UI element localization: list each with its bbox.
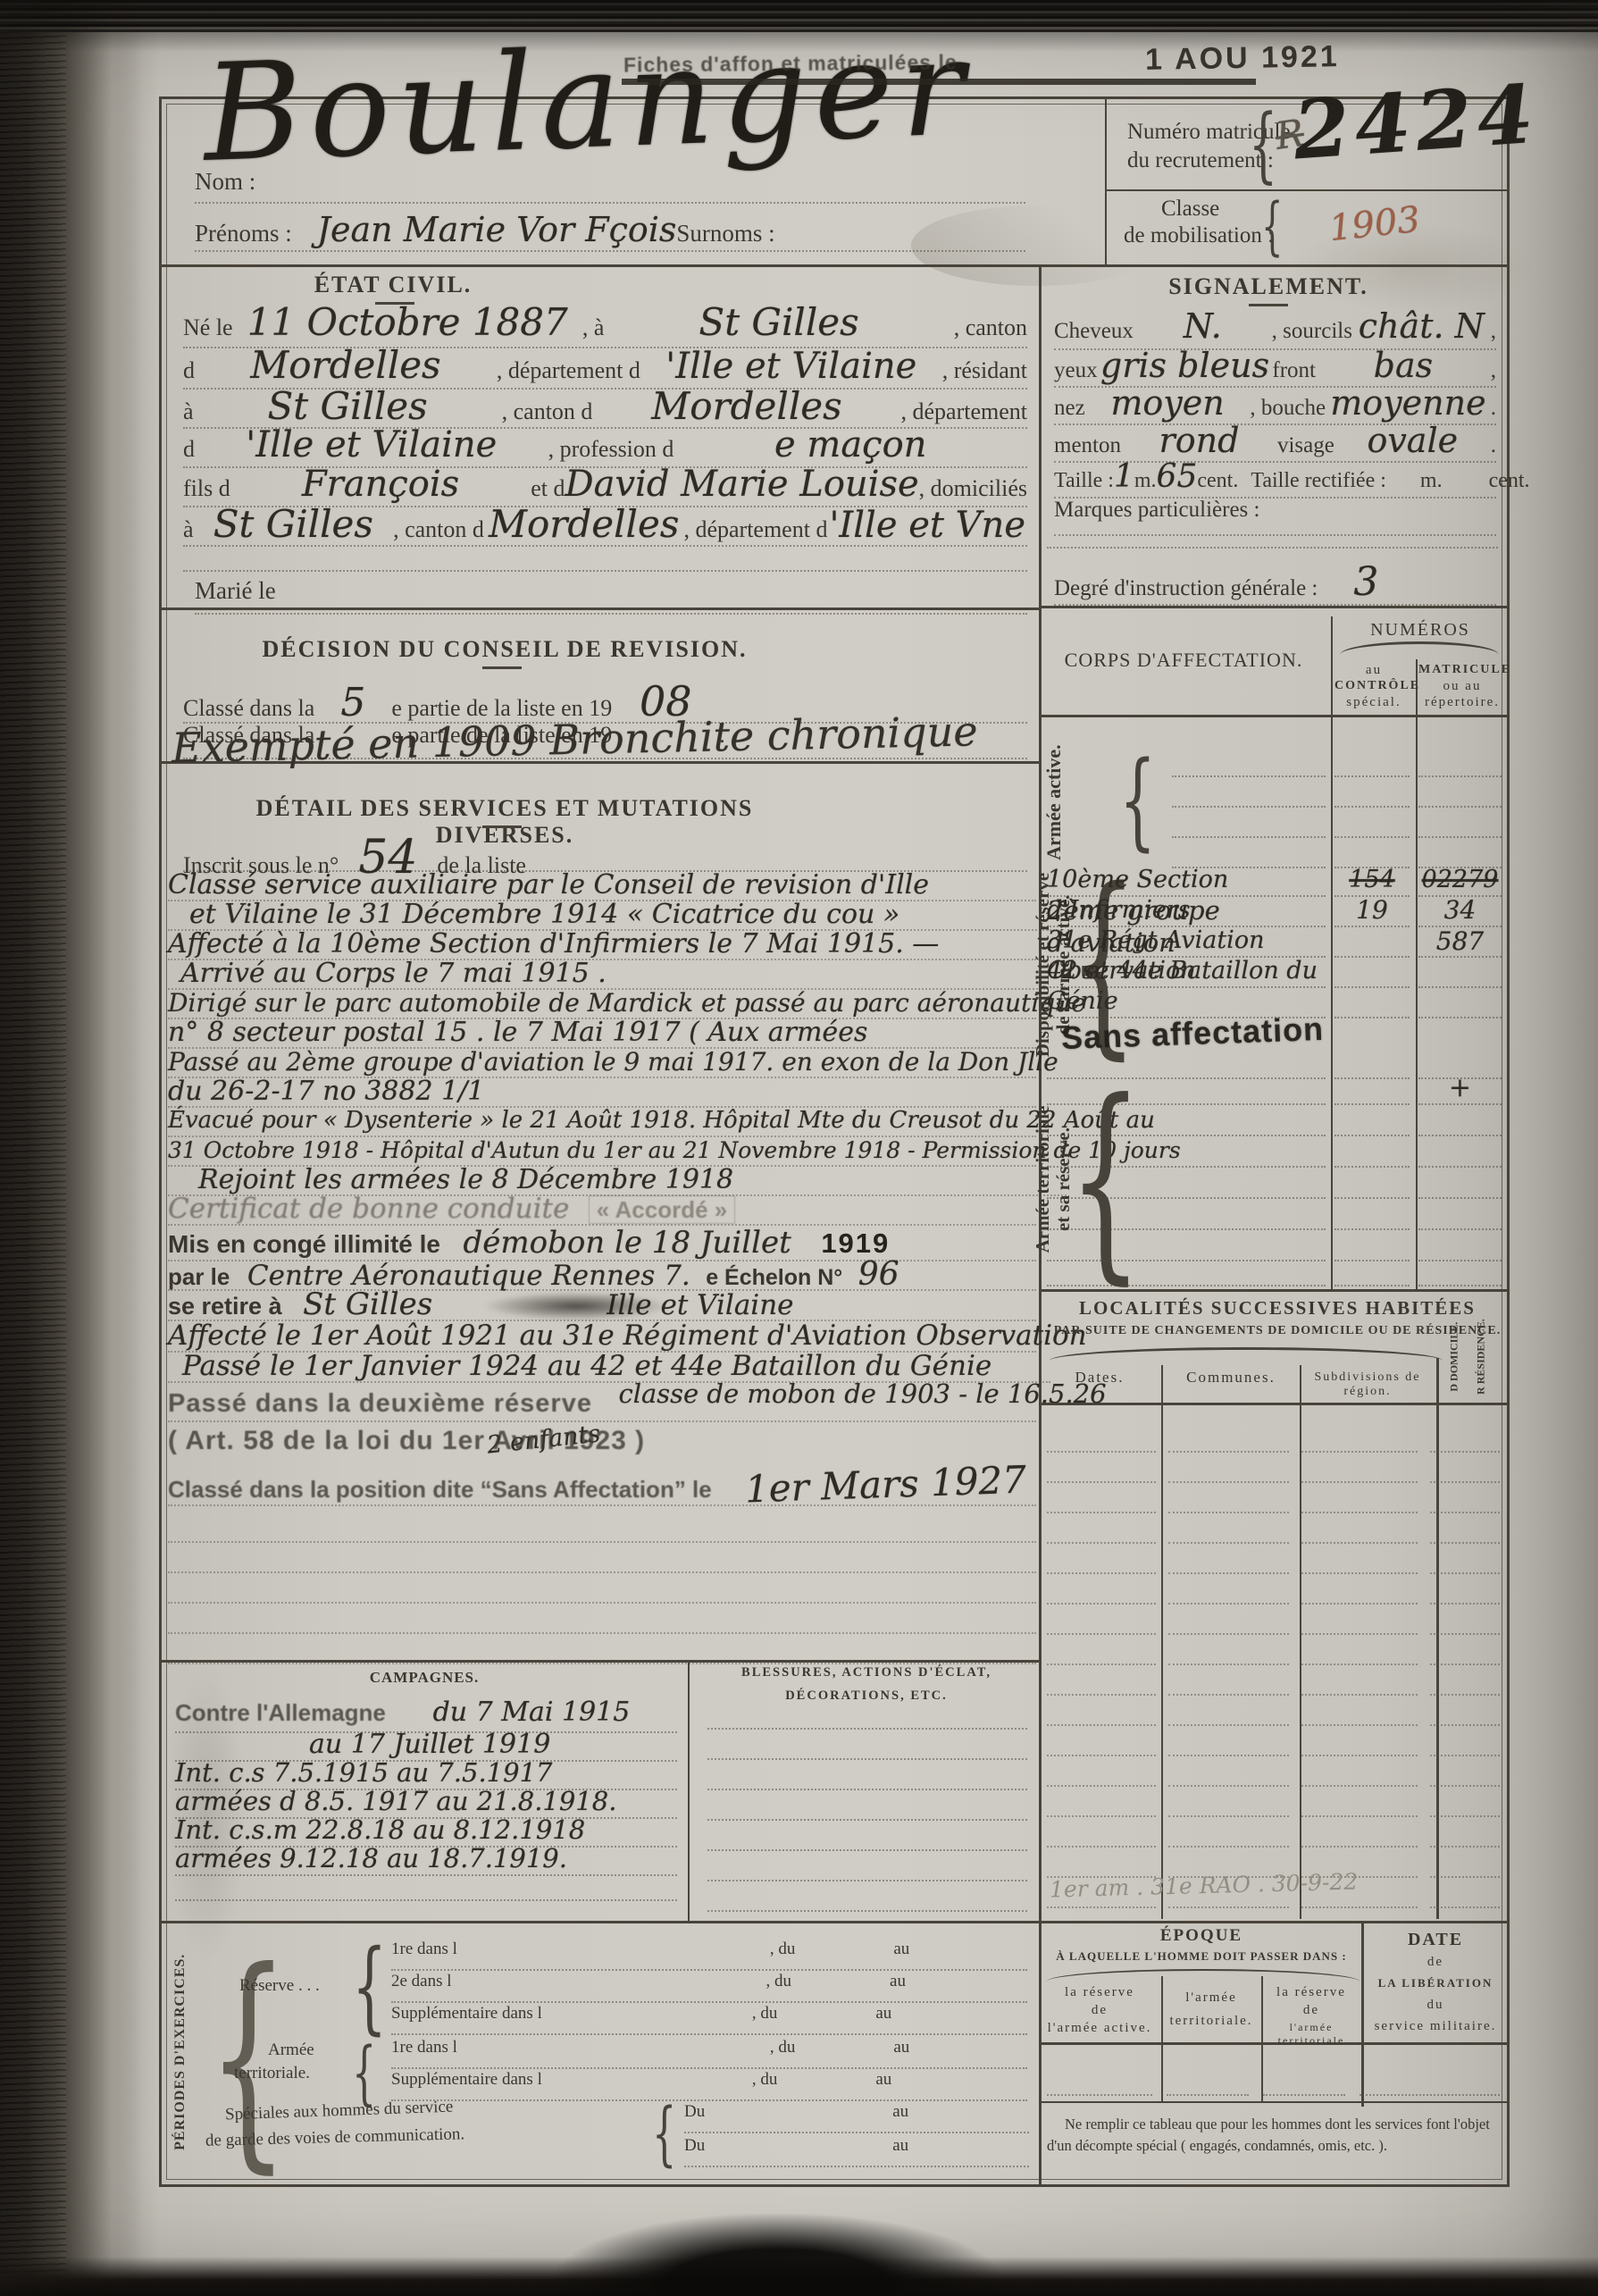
periode-row-reserve-2: 2e dans l, duau [391, 1973, 1027, 2003]
date-col-line4: du [1364, 1998, 1507, 2013]
service-line: Passé au 2ème groupe d'aviation le 9 mai… [168, 1047, 1036, 1078]
signalement-title: SIGNALEMENT. [1117, 273, 1420, 300]
epoque-col1-line3: l'armée active. [1042, 2021, 1158, 2036]
blessures-empty-row [707, 1706, 1027, 1730]
empty-service-line [168, 1572, 1036, 1604]
inscrit-row: Inscrit sous le n° 54 de la liste [183, 834, 1027, 872]
etat-civil-title: ÉTAT CIVIL. [250, 272, 536, 298]
yeux-front-row: yeuxgris bleusfrontbas, [1054, 348, 1496, 388]
header-bottom-rule [159, 264, 1510, 267]
service-line: Affecté le 1er Août 1921 au 31e Régiment… [168, 1321, 1036, 1353]
marie-row: Marié le [195, 579, 1027, 615]
date-col-line1: DATE [1364, 1930, 1507, 1950]
date-stamp: 1 AOU 1921 [1145, 39, 1340, 78]
localites-subtitle: PAR SUITE DE CHANGEMENTS DE DOMICILE OU … [1045, 1324, 1510, 1338]
etat-civil-line-3: àSt Gilles, canton dMordelles, départeme… [183, 388, 1027, 429]
menton-visage-row: mentonrondvisageovale. [1054, 423, 1496, 463]
signalement-blank-line [1047, 527, 1498, 549]
col-communes: Communes. [1166, 1369, 1296, 1387]
corps-empty-row [1042, 1170, 1507, 1199]
corps-empty-row: + [1042, 1077, 1507, 1105]
epoque-col2-line1: l'armée [1164, 1990, 1259, 2006]
col-subdivisions: Subdivisions de région. [1302, 1370, 1433, 1399]
corps-row: 31e Régt Aviation Observation [1042, 929, 1507, 958]
corps-empty-row [1042, 809, 1507, 838]
corps-row: 2ème groupe d'aviation 19 34 587 [1042, 899, 1507, 927]
corps-header-rule [1039, 715, 1510, 717]
date-col-line3: LA LIBÉRATION [1364, 1976, 1507, 1990]
epoque-row-rule [1039, 2101, 1510, 2103]
cheveux-sourcils-row: CheveuxN., sourcilschât. N, [1054, 309, 1496, 350]
service-line: et Vilaine le 31 Décembre 1914 « Cicatri… [168, 900, 1058, 931]
blessures-empty-row [707, 1858, 1027, 1881]
blessures-empty-row [707, 1797, 1027, 1821]
campagne-row: armées 9.12.18 au 18.7.1919. [175, 1846, 677, 1876]
speciales-brace: { [652, 2099, 676, 2169]
epoque-col1-line2: de [1042, 2003, 1158, 2018]
taille-row: Taille : 1 m. 65 cent. Taille rectifiée … [1054, 461, 1496, 499]
certificat-stamp: Certificat de bonne conduite [168, 1193, 569, 1225]
etat-civil-line-2: dMordelles, département d'Ille et Vilain… [183, 347, 1027, 390]
deuxieme-reserve-stamp: Passé dans la deuxième réserve [168, 1389, 592, 1418]
localites-title: LOCALITÉS SUCCESSIVES HABITÉES [1045, 1297, 1510, 1320]
signalement-title-mark [1249, 304, 1288, 306]
conge-year-stamp: 1919 [821, 1228, 890, 1259]
epoque-note-2: d'un décompte spécial ( engagés, condamn… [1047, 2137, 1476, 2155]
sans-affectation-row: Classé dans la position dite “Sans Affec… [168, 1465, 1036, 1506]
certificat-accorde-stamp: « Accordé » [589, 1195, 735, 1224]
conge-hand: démobon le 18 Juillet [463, 1225, 791, 1261]
campagne-empty-row [175, 1878, 677, 1901]
localites-row [1042, 1669, 1507, 1696]
periode-row-territoriale-sup: Supplémentaire dans l, duau [391, 2071, 1027, 2101]
blessures-empty-row [707, 1828, 1027, 1851]
service-line: Affecté à la 10ème Section d'Infirmiers … [168, 929, 1036, 960]
surnoms-label: Surnoms : [676, 222, 774, 246]
speciales-row-1: Duau [684, 2103, 1029, 2133]
reserve-brace: { [352, 1937, 387, 2037]
decision-title-mark [482, 666, 522, 669]
etat-civil-line-4: d'Ille et Vilaine, profession de maçon [183, 427, 1027, 468]
header-box-divider [1105, 96, 1107, 264]
matricule-header-1: MATRICULE [1418, 663, 1506, 677]
echelon-row: par le Centre Aéronautique Rennes 7. e É… [168, 1260, 1036, 1291]
controle-header-1: au [1334, 663, 1413, 678]
epoque-col3-line2: de [1264, 2003, 1359, 2018]
epoque-col2-line2: territoriale. [1164, 2014, 1259, 2029]
deuxieme-reserve-hand: classe de mobon de 1903 - le 16.5.26 [618, 1378, 1106, 1409]
speciales-row-2: Duau [684, 2137, 1029, 2167]
services-title-mark [482, 825, 522, 828]
service-line: Évacué pour « Dysenterie » le 21 Août 19… [168, 1106, 1036, 1137]
numeros-header: NUMÉROS [1337, 620, 1503, 641]
signalement-bottom-rule [1039, 606, 1510, 608]
stamp-underbar [622, 79, 1256, 85]
controle-number: 154 [1349, 866, 1395, 893]
art58-row: ( Art. 58 de la loi du 1er Avril 1923 ) [168, 1426, 1036, 1455]
localites-row [1042, 1638, 1507, 1665]
matricule-header-3: répertoire. [1418, 695, 1506, 710]
corps-empty-row [1042, 1108, 1507, 1136]
periode-row-territoriale-1: 1re dans l, duau [391, 2039, 1027, 2069]
col-residence: R RÉSIDENCE. [1475, 1303, 1486, 1411]
bottom-tables-rule [159, 1921, 1510, 1923]
epoque-empty-row [1042, 2069, 1507, 2096]
epoque-title: ÉPOQUE [1045, 1926, 1358, 1946]
epoque-col1-line1: la réserve [1042, 1985, 1158, 2000]
classe-brace: { [1261, 195, 1284, 257]
epoque-col3-line1: la réserve [1264, 1985, 1359, 2000]
corps-empty-row [1042, 1202, 1507, 1230]
localites-row [1042, 1487, 1507, 1513]
ink-smudge [482, 1292, 670, 1320]
service-line: Classé service auxiliaire par le Conseil… [168, 870, 1036, 901]
service-line: Arrivé au Corps le 7 mai 1915 . [168, 959, 1049, 990]
localites-row [1042, 1821, 1507, 1848]
prenoms-value: Jean Marie Vor Fçois [292, 213, 677, 247]
corps-empty-row [1042, 749, 1507, 777]
campagnes-blessures-divider [688, 1660, 690, 1921]
service-line: du 26-2-17 no 3882 1/1 [168, 1077, 1036, 1108]
blessures-title-2: DÉCORATIONS, ETC. [706, 1688, 1027, 1704]
etat-civil-line-1: Né le11 Octobre 1887, àSt Gilles, canton [183, 304, 1027, 348]
deuxieme-reserve-row: Passé dans la deuxième réserve classe de… [168, 1385, 1036, 1422]
matricule-number: 02279 [1422, 866, 1499, 893]
armee-brace: { [352, 2039, 376, 2108]
localites-row [1042, 1426, 1507, 1453]
controle-number: 19 [1356, 895, 1388, 925]
corps-empty-row [1042, 779, 1507, 808]
blessures-empty-row [707, 1889, 1027, 1912]
campagnes-title: CAMPAGNES. [250, 1669, 598, 1687]
matricule-header-2: ou au [1418, 679, 1506, 694]
classe-label-2: de mobilisation : [1124, 223, 1274, 248]
conge-row: Mis en congé illimité le démobon le 18 J… [168, 1226, 1036, 1261]
controle-header-3: spécial. [1334, 695, 1413, 710]
sans-affectation-stamp-line: Classé dans la position dite “Sans Affec… [168, 1476, 712, 1503]
date-col-line5: service militaire. [1364, 2019, 1507, 2034]
prenoms-label: Prénoms : [195, 222, 292, 246]
corps-row: 10ème Section d'Infirmiers 154 02279 [1042, 868, 1507, 897]
conge-stamp: Mis en congé illimité le [168, 1230, 440, 1258]
periode-row-reserve-sup: Supplémentaire dans l, duau [391, 2005, 1027, 2035]
art58-stamp: ( Art. 58 de la loi du 1er Avril 1923 ) [168, 1426, 645, 1455]
reserve-label: Réserve . . . [239, 1976, 320, 1996]
localites-row [1042, 1608, 1507, 1635]
numero-matricule-value: 2424 [1291, 67, 1542, 179]
localites-row [1042, 1699, 1507, 1726]
blessures-title-1: BLESSURES, ACTIONS D'ÉCLAT, [706, 1665, 1027, 1680]
date-col-line2: de [1364, 1955, 1507, 1970]
localites-row [1042, 1730, 1507, 1756]
periode-row-reserve-1: 1re dans l, duau [391, 1940, 1027, 1971]
localites-row [1042, 1760, 1507, 1787]
plus-mark: + [1449, 1072, 1471, 1103]
certificat-row: Certificat de bonne conduite « Accordé » [168, 1194, 1036, 1226]
service-line: n° 8 secteur postal 15 . le 7 Mai 1917 (… [168, 1018, 1036, 1049]
degre-row: Degré d'instruction générale :3 [1054, 563, 1496, 606]
localites-row [1042, 1517, 1507, 1544]
blessures-empty-row [707, 1767, 1027, 1790]
service-line: Rejoint les armées le 8 Décembre 1918 [168, 1165, 1067, 1196]
nom-row: Nom : [195, 170, 1025, 204]
empty-service-line [168, 1633, 1036, 1664]
armee-label-2: territoriale. [234, 2064, 310, 2083]
service-line: 31 Octobre 1918 - Hôpital d'Autun du 1er… [168, 1135, 1036, 1167]
prenoms-row: Prénoms : Jean Marie Vor Fçois Surnoms : [195, 213, 1025, 252]
scanned-military-record-page: Boulanger Fiches d'affon et matriculées … [0, 0, 1598, 2296]
epoque-note-1: Ne remplir ce tableau que pour les homme… [1065, 2116, 1493, 2133]
name-script: Boulanger [201, 10, 974, 192]
nom-label: Nom : [195, 170, 255, 194]
corps-empty-row [1042, 1139, 1507, 1168]
localites-row [1042, 1456, 1507, 1483]
empty-service-line [168, 1542, 1036, 1573]
controle-header-2: CONTRÔLE [1334, 679, 1413, 693]
col-domicile: D DOMICILE. [1448, 1303, 1460, 1411]
periodes-label: PÉRIODES D'EXERCICES. [172, 1927, 188, 2177]
sans-affectation-date: 1er Mars 1927 [745, 1461, 1027, 1510]
corps-empty-row [1042, 1258, 1507, 1286]
creation-stamp: Fiches d'affon et matriculées le [623, 50, 958, 77]
torn-paper-shadow [554, 2214, 1000, 2296]
localites-row [1042, 1578, 1507, 1605]
blessures-empty-row [707, 1737, 1027, 1760]
spine-page-streaks [0, 0, 66, 2296]
decision-title: DÉCISION DU CONSEIL DE REVISION. [214, 636, 795, 663]
classe-label-1: Classe [1161, 197, 1219, 222]
corps-affectation-header: CORPS D'AFFECTATION. [1045, 649, 1322, 672]
armee-label-1: Armée [268, 2040, 314, 2060]
corps-row: 42 et 44e Bataillon du Génie [1042, 959, 1507, 988]
empty-service-line [168, 1603, 1036, 1634]
service-line: Dirigé sur le parc automobile de Mardick… [168, 988, 1036, 1019]
epoque-col3-line3: l'armée territoriale [1264, 2021, 1359, 2048]
nez-bouche-row: nezmoyen, bouchemoyenne. [1054, 386, 1496, 425]
empty-service-line [168, 1512, 1036, 1543]
col-dates: Dates. [1042, 1369, 1158, 1387]
localites-row [1042, 1547, 1507, 1574]
epoque-subtitle: À LAQUELLE L'HOMME DOIT PASSER DANS : [1045, 1949, 1358, 1964]
etat-civil-blank-line [183, 550, 1027, 572]
etat-civil-line-6: àSt Gilles, canton dMordelles, départeme… [183, 506, 1027, 547]
numero-classe-divider [1105, 189, 1510, 191]
contre-allemagne-stamp: Contre l'Allemagne [175, 1701, 386, 1724]
localites-row [1042, 1790, 1507, 1817]
